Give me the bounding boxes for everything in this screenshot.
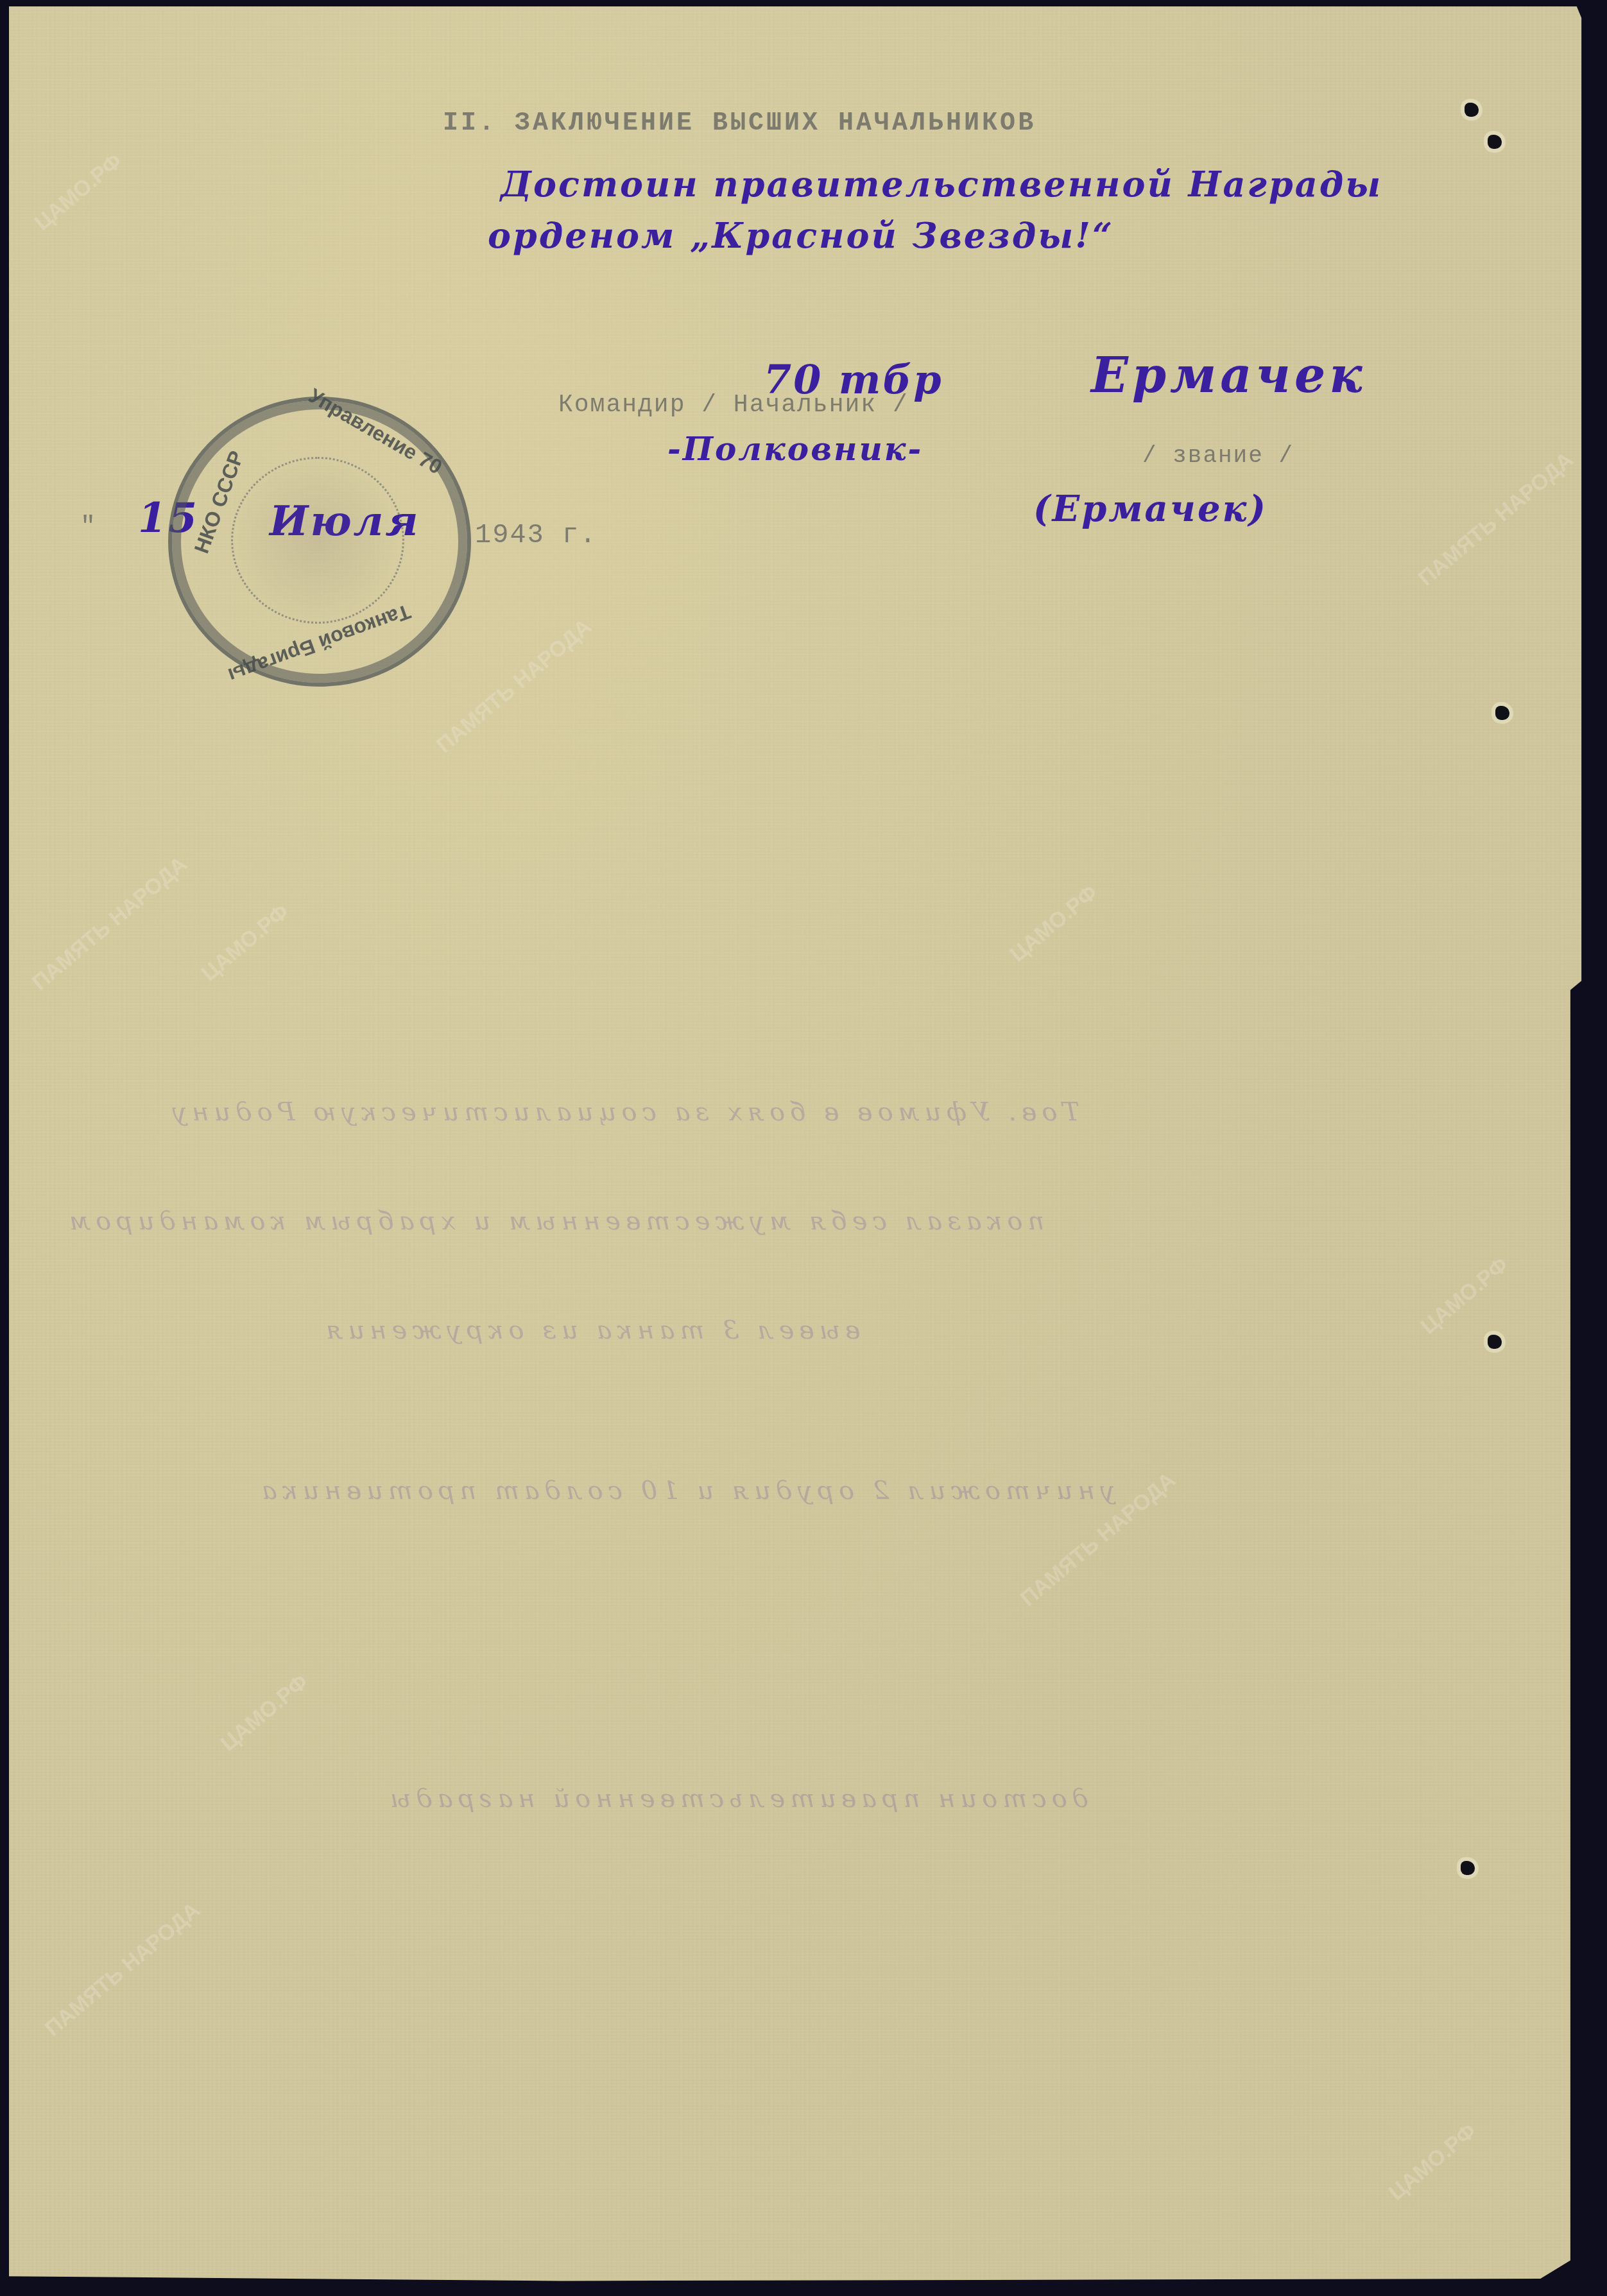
official-stamp: Управление 70 НКО СССР Танковой Бригады [168, 397, 471, 687]
date-year: 1943 г. [475, 520, 597, 551]
bleed-through-line: уничтожил 2 орудия и 10 солдат противник… [257, 1476, 1115, 1505]
rank-label: / звание / [1142, 443, 1294, 469]
emblem-icon [231, 457, 404, 624]
binder-hole [1495, 706, 1509, 720]
signature: Ермачек [1091, 347, 1366, 404]
conclusion-line-2: орденом „Красной Звезды!“ [488, 215, 1114, 256]
binder-hole [1465, 103, 1479, 117]
bleed-through-line: Тов. Уфимов в боях за социалистическую Р… [167, 1097, 1079, 1127]
binder-hole [1488, 135, 1502, 149]
bleed-through-line: вывел 3 танка из окружения [321, 1315, 861, 1345]
signatory-name: (Ермачек) [1033, 488, 1268, 530]
unit-handwritten: 70 тбр [764, 356, 943, 403]
binder-hole [1488, 1335, 1502, 1349]
conclusion-line-1: Достоин правительственной Награды [501, 164, 1382, 205]
bleed-through-line: показал себя мужественным и храбрым кома… [64, 1206, 1044, 1236]
date-quote-mark: " [80, 513, 97, 542]
bleed-through-line: достоин правительственной награды [385, 1784, 1088, 1813]
section-heading: II. ЗАКЛЮЧЕНИЕ ВЫСШИХ НАЧАЛЬНИКОВ [443, 109, 1036, 138]
binder-hole [1461, 1861, 1475, 1875]
rank-handwritten: -Полковник- [667, 430, 923, 468]
